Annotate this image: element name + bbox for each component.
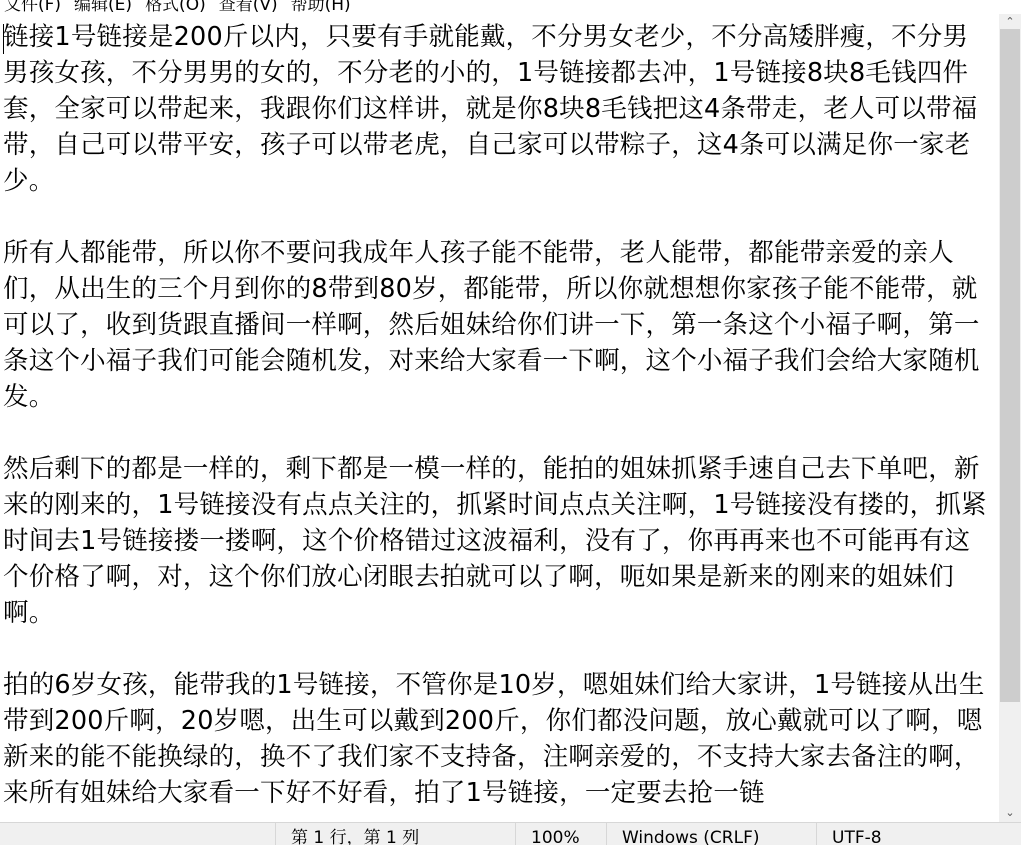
editor-content[interactable]: 链接1号链接是200斤以内，只要有手就能戴，不分男女老少，不分高矮胖瘦，不分男男… [0, 14, 999, 811]
status-cursor-position: 第 1 行，第 1 列 [275, 823, 419, 845]
scroll-up-button[interactable]: ⌃ [999, 14, 1021, 29]
scroll-thumb[interactable] [1000, 29, 1020, 702]
menu-edit[interactable]: 编辑(E) [70, 0, 141, 15]
text-caret [3, 24, 4, 54]
status-zoom: 100% [515, 823, 580, 845]
status-encoding: UTF-8 [816, 823, 882, 845]
chevron-down-icon: ⌄ [1005, 806, 1014, 819]
scroll-down-button[interactable]: ⌄ [999, 804, 1021, 820]
text-editor[interactable]: 链接1号链接是200斤以内，只要有手就能戴，不分男女老少，不分高矮胖瘦，不分男男… [0, 14, 999, 822]
menu-file[interactable]: 文件(F) [0, 0, 70, 15]
menu-view[interactable]: 查看(V) [215, 0, 287, 15]
chevron-up-icon: ⌃ [1005, 15, 1014, 28]
vertical-scrollbar[interactable]: ⌃ ⌄ [999, 14, 1021, 822]
menu-bar: 文件(F) 编辑(E) 格式(O) 查看(V) 帮助(H) [0, 0, 1021, 15]
menu-help[interactable]: 帮助(H) [287, 0, 360, 15]
status-bar: 第 1 行，第 1 列 100% Windows (CRLF) UTF-8 [0, 822, 1021, 845]
menu-format[interactable]: 格式(O) [141, 0, 215, 15]
status-line-ending: Windows (CRLF) [606, 823, 760, 845]
